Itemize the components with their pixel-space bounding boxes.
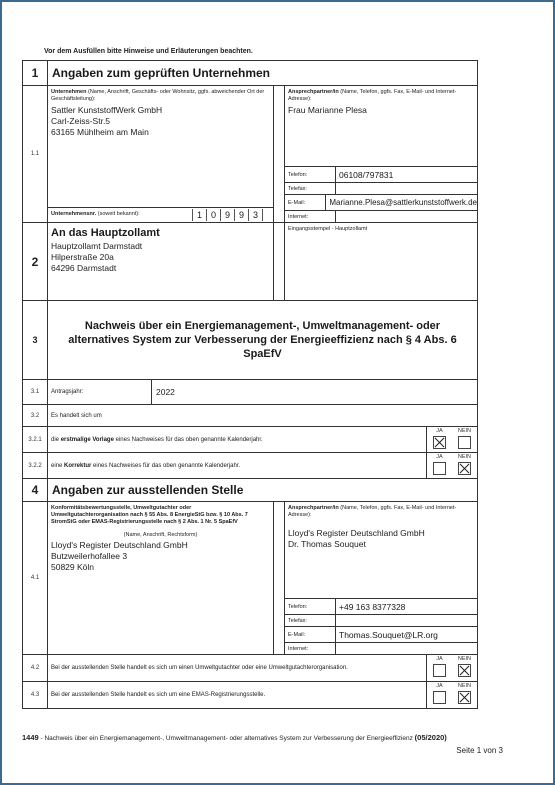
section-number: 1: [23, 61, 48, 85]
phone-value: 06108/797831: [336, 167, 477, 182]
row-number: 1.1: [23, 86, 48, 222]
company-number-label: Unternehmensnr.: [51, 211, 96, 217]
section-number: 2: [23, 223, 48, 300]
section-title: Nachweis über ein Energiemanagement-, Um…: [48, 301, 477, 379]
section-1-header: 1 Angaben zum geprüften Unternehmen: [23, 61, 477, 86]
row-number: 3.2: [23, 405, 48, 426]
internet-label: Internet:: [285, 643, 336, 654]
checkbox-empty-icon: [433, 691, 446, 704]
section-title: An das Hauptzollamt: [48, 223, 273, 239]
checkbox-empty-icon: [433, 462, 446, 475]
customs-office-field[interactable]: An das Hauptzollamt Hauptzollamt Darmsta…: [48, 223, 274, 300]
section-2: 2 An das Hauptzollamt Hauptzollamt Darms…: [23, 223, 477, 301]
form-number: 1449: [22, 733, 39, 742]
internet-row[interactable]: Internet:: [285, 642, 477, 654]
checkbox-checked-icon: [458, 691, 471, 704]
row-number: 3.1: [23, 380, 48, 404]
phone-row[interactable]: Telefon:+49 163 8377328: [285, 598, 477, 614]
yes-checkbox[interactable]: JA: [433, 454, 446, 478]
checkbox-empty-icon: [433, 664, 446, 677]
email-row[interactable]: E-Mail:Marianne.Plesa@sattlerkunststoffw…: [285, 194, 477, 210]
fax-value: [336, 615, 477, 626]
page-number: Seite 1 von 3: [456, 746, 503, 755]
row-text: Bei der ausstellenden Stelle handelt es …: [51, 665, 348, 671]
row-number: 3.2.1: [23, 427, 48, 452]
email-row[interactable]: E-Mail:Thomas.Souquet@LR.org: [285, 626, 477, 642]
row-text: Bei der ausstellenden Stelle handelt es …: [51, 692, 265, 698]
email-label: E-Mail:: [285, 627, 336, 642]
yes-checkbox[interactable]: JA: [433, 428, 446, 452]
section-title: Angaben zum geprüften Unternehmen: [48, 61, 477, 85]
company-field[interactable]: Unternehmen (Name, Anschrift, Geschäfts-…: [48, 86, 274, 222]
application-year-value[interactable]: 2022: [152, 380, 175, 404]
company-number-field[interactable]: Unternehmensnr. (soweit bekannt): 1 0 9 …: [48, 207, 273, 222]
intro-note: Vor dem Ausfüllen bitte Hinweise und Erl…: [44, 48, 253, 55]
contact-field[interactable]: Ansprechpartner/in (Name, Telefon, ggfs.…: [285, 86, 477, 222]
fax-value: [336, 183, 477, 194]
issuing-body-field[interactable]: Konformitätsbewertungsstelle, Umweltguta…: [48, 502, 274, 654]
fax-row[interactable]: Telefax:: [285, 182, 477, 194]
company-city: 63165 Mühlheim am Main: [51, 127, 273, 138]
issuing-body-street: Butzweilerhofallee 3: [51, 551, 273, 562]
contact-label: Ansprechpartner/in: [288, 89, 339, 95]
row-label: Es handelt sich um: [48, 405, 477, 426]
row-3-2-1: 3.2.1 die erstmalige Vorlage eines Nachw…: [23, 427, 477, 453]
internet-value: [336, 211, 477, 222]
section-4-1: 4.1 Konformitätsbewertungsstelle, Umwelt…: [23, 502, 477, 655]
row-3-2-2: 3.2.2 eine Korrektur eines Nachweises fü…: [23, 453, 477, 479]
phone-label: Telefon:: [285, 599, 336, 614]
fax-row[interactable]: Telefax:: [285, 614, 477, 626]
internet-value: [336, 643, 477, 654]
row-number: 4.3: [23, 682, 48, 708]
no-checkbox[interactable]: NEIN: [458, 428, 471, 452]
receipt-stamp-label: Eingangsstempel - Hauptzollamt: [285, 223, 477, 233]
issuing-body-sublabel: (Name, Anschrift, Rechtsform): [48, 526, 273, 539]
email-value: Thomas.Souquet@LR.org: [336, 627, 477, 642]
receipt-stamp-field: Eingangsstempel - Hauptzollamt: [285, 223, 477, 300]
row-3-2: 3.2 Es handelt sich um: [23, 405, 477, 427]
section-number: 4: [23, 479, 48, 501]
internet-row[interactable]: Internet:: [285, 210, 477, 222]
phone-row[interactable]: Telefon:06108/797831: [285, 166, 477, 182]
issuer-contact-name: Dr. Thomas Souquet: [288, 539, 477, 550]
no-checkbox[interactable]: NEIN: [458, 454, 471, 478]
row-3-1: 3.1 Antragsjahr: 2022: [23, 380, 477, 405]
row-number: 4.1: [23, 502, 48, 654]
form-description: - Nachweis über ein Energiemanagement-, …: [39, 735, 415, 742]
digit: 9: [234, 209, 248, 221]
section-1-1: 1.1 Unternehmen (Name, Anschrift, Geschä…: [23, 86, 477, 223]
phone-value: +49 163 8377328: [336, 599, 477, 614]
email-value: Marianne.Plesa@sattlerkunststoffwerk.de: [326, 195, 477, 210]
contact-details: Telefon:+49 163 8377328 Telefax: E-Mail:…: [285, 598, 477, 654]
section-title: Angaben zur ausstellenden Stelle: [48, 479, 477, 501]
row-4-3: 4.3 Bei der ausstellenden Stelle handelt…: [23, 682, 477, 709]
checkbox-checked-icon: [458, 664, 471, 677]
company-street: Carl-Zeiss-Str.5: [51, 116, 273, 127]
fax-label: Telefax:: [285, 183, 336, 194]
digit: 1: [192, 209, 206, 221]
issuing-body-name: Lloyd's Register Deutschland GmbH: [51, 540, 273, 551]
digit: 3: [248, 209, 263, 221]
issuing-body-label: Konformitätsbewertungsstelle, Umweltguta…: [48, 502, 273, 526]
issuer-contact-company: Lloyd's Register Deutschland GmbH: [288, 528, 477, 539]
phone-label: Telefon:: [285, 167, 336, 182]
company-name: Sattler KunststoffWerk GmbH: [51, 105, 273, 116]
fax-label: Telefax:: [285, 615, 336, 626]
form-footer: 1449 - Nachweis über ein Energiemanageme…: [22, 733, 447, 742]
form-version: (05/2020): [415, 733, 447, 742]
issuing-body-city: 50829 Köln: [51, 562, 273, 573]
email-label: E-Mail:: [285, 195, 326, 210]
checkbox-checked-icon: [433, 436, 446, 449]
customs-office-name: Hauptzollamt Darmstadt: [51, 241, 273, 252]
no-checkbox[interactable]: NEIN: [458, 683, 471, 708]
customs-office-city: 64296 Darmstadt: [51, 263, 273, 274]
company-number-digits: 1 0 9 9 3: [192, 209, 263, 221]
contact-name: Frau Marianne Plesa: [285, 103, 477, 116]
issuer-contact-field[interactable]: Ansprechpartner/in (Name, Telefon, ggfs.…: [285, 502, 477, 654]
section-3-header: 3 Nachweis über ein Energiemanagement-, …: [23, 301, 477, 380]
no-checkbox[interactable]: NEIN: [458, 656, 471, 681]
contact-details: Telefon:06108/797831 Telefax: E-Mail:Mar…: [285, 166, 477, 222]
row-4-2: 4.2 Bei der ausstellenden Stelle handelt…: [23, 655, 477, 682]
digit: 0: [206, 209, 220, 221]
section-number: 3: [23, 301, 48, 379]
yes-checkbox[interactable]: JA: [433, 683, 446, 708]
section-4-header: 4 Angaben zur ausstellenden Stelle: [23, 479, 477, 502]
digit: 9: [220, 209, 234, 221]
form-table: 1 Angaben zum geprüften Unternehmen 1.1 …: [22, 60, 478, 709]
customs-office-street: Hilperstraße 20a: [51, 252, 273, 263]
row-text: eine Korrektur eines Nachweises für das …: [51, 463, 240, 469]
company-number-label-detail: (soweit bekannt):: [96, 211, 139, 217]
company-label: Unternehmen: [51, 89, 86, 95]
checkbox-empty-icon: [458, 436, 471, 449]
row-number: 3.2.2: [23, 453, 48, 478]
checkbox-checked-icon: [458, 462, 471, 475]
row-number: 4.2: [23, 655, 48, 681]
contact-label: Ansprechpartner/in: [288, 505, 339, 511]
application-year-label: Antragsjahr:: [48, 380, 152, 404]
internet-label: Internet:: [285, 211, 336, 222]
row-text: die erstmalige Vorlage eines Nachweises …: [51, 437, 263, 443]
yes-checkbox[interactable]: JA: [433, 656, 446, 681]
